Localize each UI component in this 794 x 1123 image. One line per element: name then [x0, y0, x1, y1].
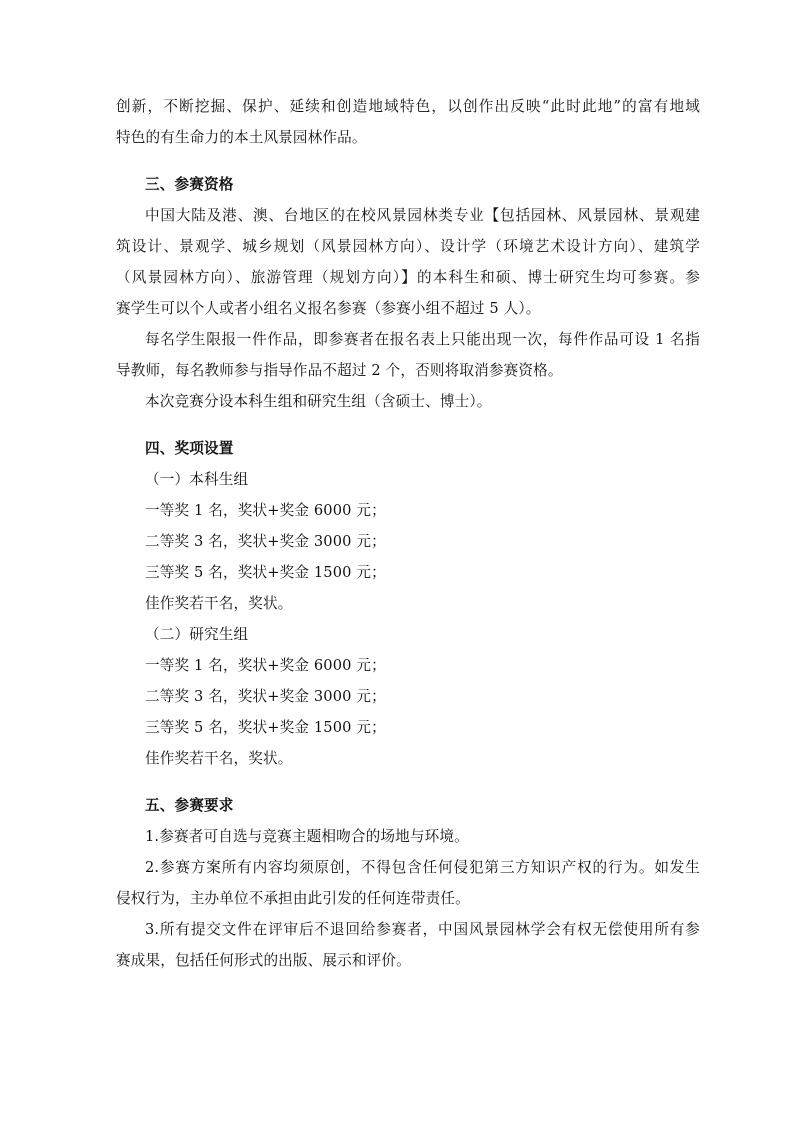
- award-item: 一等奖 1 名，奖状+奖金 6000 元；: [116, 497, 700, 528]
- section-heading-awards: 四、奖项设置: [116, 435, 700, 466]
- body-text-line: 赛学生可以个人或者小组名义报名参赛（参赛小组不超过 5 人）。: [116, 295, 700, 326]
- award-item: 一等奖 1 名，奖状+奖金 6000 元；: [116, 652, 700, 683]
- section-heading-eligibility: 三、参赛资格: [116, 171, 700, 202]
- award-item: 三等奖 5 名，奖状+奖金 1500 元；: [116, 714, 700, 745]
- award-item: 三等奖 5 名，奖状+奖金 1500 元；: [116, 559, 700, 590]
- body-text-line: 每名学生限报一件作品，即参赛者在报名表上只能出现一次，每件作品可设 1 名指: [116, 326, 700, 357]
- award-group-title-graduate: （二）研究生组: [116, 621, 700, 652]
- requirement-item: 2.参赛方案所有内容均须原创，不得包含任何侵犯第三方知识产权的行为。如发生: [116, 854, 700, 885]
- body-text-line: 创新，不断挖掘、保护、延续和创造地域特色，以创作出反映“此时此地”的富有地域: [116, 93, 700, 124]
- body-text-line: 筑设计、景观学、城乡规划（风景园林方向）、设计学（环境艺术设计方向）、建筑学: [116, 233, 700, 264]
- requirement-item-continuation: 侵权行为，主办单位不承担由此引发的任何连带责任。: [116, 885, 700, 916]
- body-text-line: 本次竞赛分设本科生组和研究生组（含硕士、博士）。: [116, 388, 700, 419]
- requirement-item-continuation: 赛成果，包括任何形式的出版、展示和评价。: [116, 947, 700, 978]
- award-item: 二等奖 3 名，奖状+奖金 3000 元；: [116, 528, 700, 559]
- section-heading-requirements: 五、参赛要求: [116, 792, 700, 823]
- body-text-line: 特色的有生命力的本土风景园林作品。: [116, 124, 700, 155]
- body-text-line: （风景园林方向）、旅游管理（规划方向）】的本科生和硕、博士研究生均可参赛。参: [116, 264, 700, 295]
- requirement-item: 3.所有提交文件在评审后不退回给参赛者，中国风景园林学会有权无偿使用所有参: [116, 916, 700, 947]
- body-text-line: 中国大陆及港、澳、台地区的在校风景园林类专业【包括园林、风景园林、景观建: [116, 202, 700, 233]
- award-item: 佳作奖若干名，奖状。: [116, 590, 700, 621]
- requirement-item: 1.参赛者可自选与竞赛主题相吻合的场地与环境。: [116, 823, 700, 854]
- award-item: 佳作奖若干名，奖状。: [116, 745, 700, 776]
- award-item: 二等奖 3 名，奖状+奖金 3000 元；: [116, 683, 700, 714]
- award-group-title-undergraduate: （一）本科生组: [116, 466, 700, 497]
- document-page: 创新，不断挖掘、保护、延续和创造地域特色，以创作出反映“此时此地”的富有地域 特…: [116, 93, 700, 978]
- body-text-line: 导教师，每名教师参与指导作品不超过 2 个，否则将取消参赛资格。: [116, 357, 700, 388]
